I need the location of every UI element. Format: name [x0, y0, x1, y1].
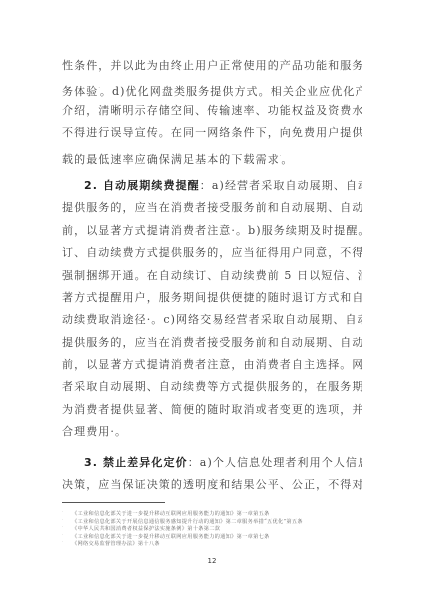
footnote-separator: [62, 502, 165, 503]
section-2-heading: 2. 自动展期续费提醒: [84, 179, 200, 192]
body-line: 订、自动续费方式提供服务的，应当征得用户同意，不得默认勾选、: [62, 242, 362, 264]
document-page: 性条件，并以此为由终止用户正常使用的产品功能和服务，或降低服 务体验·。d)优化…: [0, 0, 424, 600]
section-3-heading: 3. 禁止差异化定价: [84, 456, 188, 469]
body-line: 提供服务的，应当在消费者接受服务前和自动展期、自动续费等日期: [62, 197, 362, 219]
section-3-first-line: 3. 禁止差异化定价：a)个人信息处理者利用个人信息进行自动化: [62, 452, 362, 474]
body-line: 前，以显著方式提请消费者注意·。b)服务续期及时提醒。采取自动续: [62, 220, 362, 242]
body-text: 性条件，并以此为由终止用户正常使用的产品功能和服务，或降低服 务体验·。d)优化…: [62, 55, 362, 496]
page-number: 12: [0, 557, 424, 565]
footnote: ·《工业和信息化部关于进一步提升移动互联网应用服务能力的通知》第一章第五条: [62, 508, 362, 516]
body-line: 为消费者提供显著、简便的随时取消或者变更的选项，并不得收取不: [62, 399, 362, 421]
body-line: 决策，应当保证决策的透明度和结果公平、公正，不得对个人在交易: [62, 474, 362, 496]
footnote: ·《工业和信息化部关于进一步提升移动互联网应用服务能力的通知》第一章第七条: [62, 531, 362, 539]
body-line: 务体验·。d)优化网盘类服务提供方式。相关企业应优化产品服务资费: [62, 77, 362, 99]
body-line: 介绍，清晰明示存储空间、传输速率、功能权益及资费水平等内容，: [62, 100, 362, 122]
body-line: 者采取自动展期、自动续费等方式提供服务的，在服务期间内，应当: [62, 376, 362, 398]
section-2-first-line: 2. 自动展期续费提醒：a)经营者采取自动展期、自动续费等方式: [62, 175, 362, 197]
body-line: 性条件，并以此为由终止用户正常使用的产品功能和服务，或降低服: [62, 55, 362, 77]
body-line: 著方式提醒用户，服务期间提供便捷的随时退订方式和自动续订、自: [62, 287, 362, 309]
body-line: 合理费用·。: [62, 421, 362, 443]
footnote: ·《中华人民共和国消费者权益保护法实施条例》第十条第二款: [62, 523, 362, 531]
body-line: 前，以显著方式提请消费者注意，由消费者自主选择。网络交易经营: [62, 354, 362, 376]
footnotes: ·《工业和信息化部关于进一步提升移动互联网应用服务能力的通知》第一章第五条 ·《…: [62, 508, 362, 546]
body-line: 强制捆绑开通。在自动续订、自动续费前 5 日以短信、消息推送等显: [62, 265, 362, 287]
body-line: 载的最低速率应确保满足基本的下载需求·。: [62, 145, 362, 167]
body-line: 动续费取消途径·。c)网络交易经营者采取自动展期、自动续费等方式: [62, 309, 362, 331]
footnote: ·《工业和信息化部关于开展信息通信服务感知提升行动的通知》第二章服务举措“五优化…: [62, 516, 362, 524]
body-line: 提供服务的，应当在消费者接受服务前和自动展期、自动续费等日期: [62, 332, 362, 354]
body-line: 不得进行误导宣传。在同一网络条件下，向免费用户提供的上传和下: [62, 122, 362, 144]
